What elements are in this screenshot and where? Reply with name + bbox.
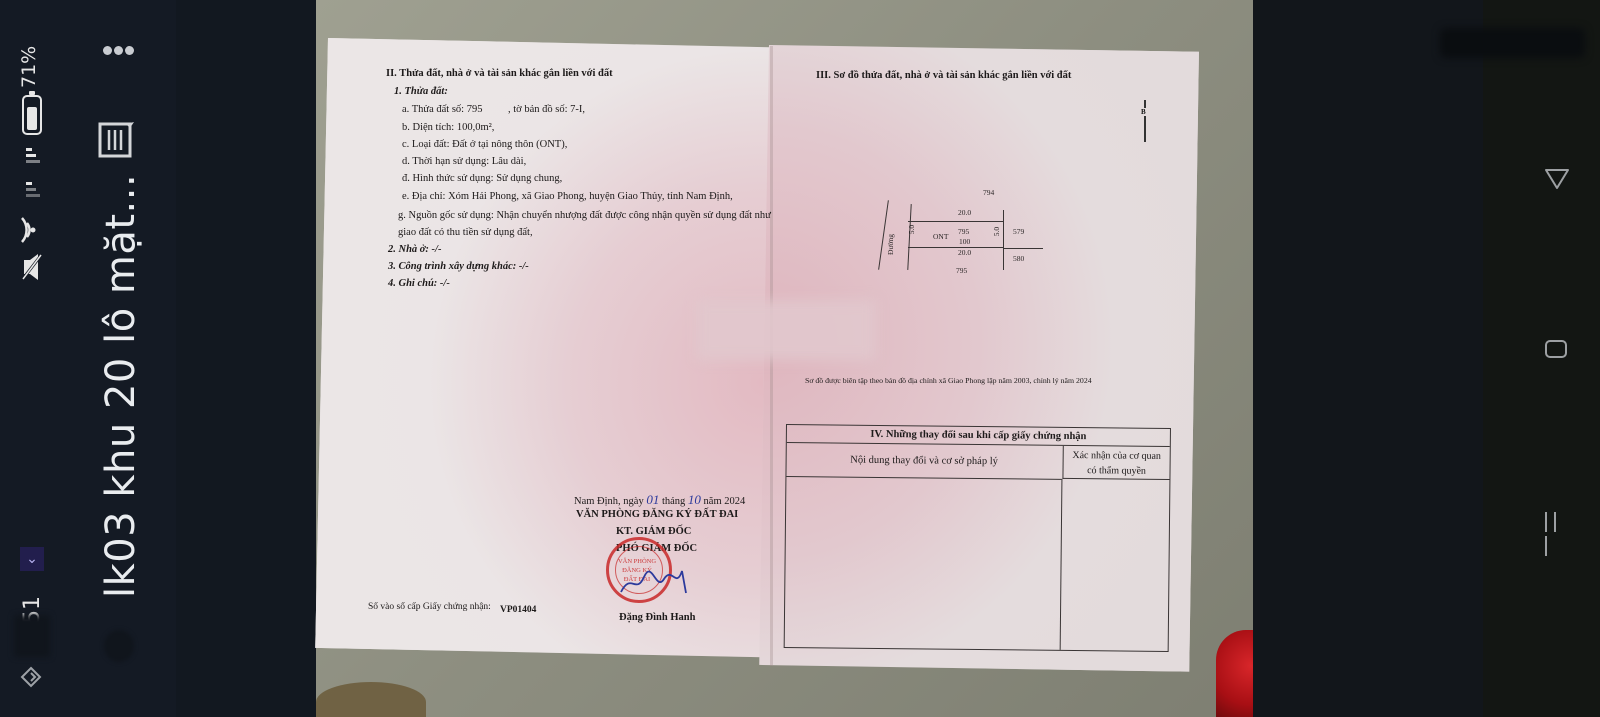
north-arrow — [1144, 100, 1146, 142]
section-iii-title: III. Sơ đồ thửa đất, nhà ở và tài sản kh… — [816, 70, 1071, 81]
battery-percent: 71% — [18, 46, 40, 88]
viewer-side-bar: 71% lk03 khu 20 lô mặt... ⌄ 51 — [0, 0, 176, 717]
image-title: lk03 khu 20 lô mặt... — [98, 174, 144, 598]
signal-icon — [26, 182, 46, 200]
date-prefix: Nam Định, ngày — [574, 496, 644, 507]
issue-date: Nam Định, ngày 01 tháng 10 năm 2024 — [574, 492, 745, 508]
south-parcel: 795 — [956, 266, 967, 275]
back-triangle-icon[interactable] — [1544, 168, 1570, 190]
col2-line2: có thẩm quyền — [1063, 463, 1169, 479]
changes-col-confirmation: Xác nhận của cơ quan có thẩm quyền — [1062, 446, 1169, 480]
chevron-down-icon[interactable]: ⌄ — [20, 547, 44, 571]
parcel-address: e. Địa chỉ: Xóm Hải Phong, xã Giao Phong… — [402, 191, 733, 202]
gallery-icon[interactable] — [98, 120, 134, 158]
date-year: năm 2024 — [704, 496, 746, 507]
bottom-length: 20.0 — [958, 248, 971, 257]
blurred-region — [14, 615, 50, 657]
east-parcel-1: 579 — [1013, 227, 1024, 236]
map-sheet-number: , tờ bản đồ số: 7-I, — [508, 104, 585, 115]
east-parcel-2: 580 — [1013, 254, 1024, 263]
blurred-region — [696, 300, 876, 360]
land-parcel-heading: 1. Thửa đất: — [394, 86, 448, 97]
recent-apps-icon[interactable] — [1545, 512, 1567, 532]
app-logo-icon — [20, 666, 42, 688]
issuing-office: VĂN PHÒNG ĐĂNG KÝ ĐẤT ĐAI — [576, 509, 738, 520]
registry-number: VP01404 — [500, 605, 536, 615]
use-form: đ. Hình thức sử dụng: Sử dụng chung, — [402, 173, 562, 184]
blurred-region — [104, 630, 134, 662]
battery-icon — [22, 95, 42, 135]
month-label: tháng — [662, 496, 685, 507]
north-parcel: 794 — [983, 188, 994, 197]
signature — [616, 567, 696, 597]
top-length: 20.0 — [958, 208, 971, 217]
wifi-icon — [18, 214, 44, 246]
director-title: KT. GIÁM ĐỐC — [616, 526, 691, 537]
use-term: d. Thời hạn sử dụng: Lâu dài, — [402, 156, 526, 167]
date-day: 01 — [646, 492, 659, 507]
section-ii-title: II. Thửa đất, nhà ở và tài sản khác gắn … — [386, 68, 613, 79]
other-construction-line: 3. Công trình xây dựng khác: -/- — [388, 261, 529, 272]
parcel-area: b. Diện tích: 100,0m², — [402, 122, 494, 133]
right-width: 5.0 — [992, 227, 1001, 236]
viewer-side-panel — [1253, 0, 1483, 717]
system-nav-bar — [1483, 0, 1600, 717]
table-divider — [1060, 479, 1063, 650]
col2-line1: Xác nhận của cơ quan — [1064, 448, 1170, 464]
land-type: c. Loại đất: Đất ở tại nông thôn (ONT), — [402, 139, 567, 150]
compass-label: B — [1141, 108, 1146, 116]
area-label: 100 — [959, 237, 970, 246]
map-note: Sơ đồ được biên tập theo bản đồ địa chín… — [805, 376, 1092, 385]
bowl-object — [316, 682, 426, 717]
notes-line: 4. Ghi chú: -/- — [388, 278, 450, 289]
signal-icon — [26, 148, 46, 166]
document-photo: II. Thửa đất, nhà ở và tài sản khác gắn … — [176, 0, 1253, 717]
house-line: 2. Nhà ở: -/- — [388, 244, 441, 255]
registry-label: Số vào sổ cấp Giấy chứng nhận: — [368, 602, 491, 612]
use-origin-cont: giao đất có thu tiền sử dụng đất, — [398, 227, 533, 238]
more-dots-icon[interactable] — [103, 40, 137, 52]
left-width: 5.0 — [907, 225, 916, 234]
land-type-code: ONT — [933, 232, 948, 241]
parcel-sketch: 794 20.0 Đường 5.0 ONT 795 100 5.0 579 2… — [866, 180, 1066, 280]
mute-icon — [20, 252, 44, 282]
changes-table: IV. Những thay đổi sau khi cấp giấy chứn… — [784, 424, 1171, 652]
use-origin: g. Nguồn gốc sử dụng: Nhận chuyển nhượng… — [398, 210, 771, 221]
signer-name: Đặng Đình Hanh — [619, 612, 695, 623]
parcel-number: a. Thửa đất số: 795 — [402, 104, 482, 115]
home-square-icon[interactable] — [1545, 340, 1567, 358]
changes-col-content: Nội dung thay đổi và cơ sở pháp lý — [786, 443, 1061, 480]
blurred-region — [1440, 28, 1585, 58]
parcel-no-label: 795 — [958, 227, 969, 236]
date-month: 10 — [688, 492, 701, 507]
road-label: Đường — [886, 234, 895, 255]
